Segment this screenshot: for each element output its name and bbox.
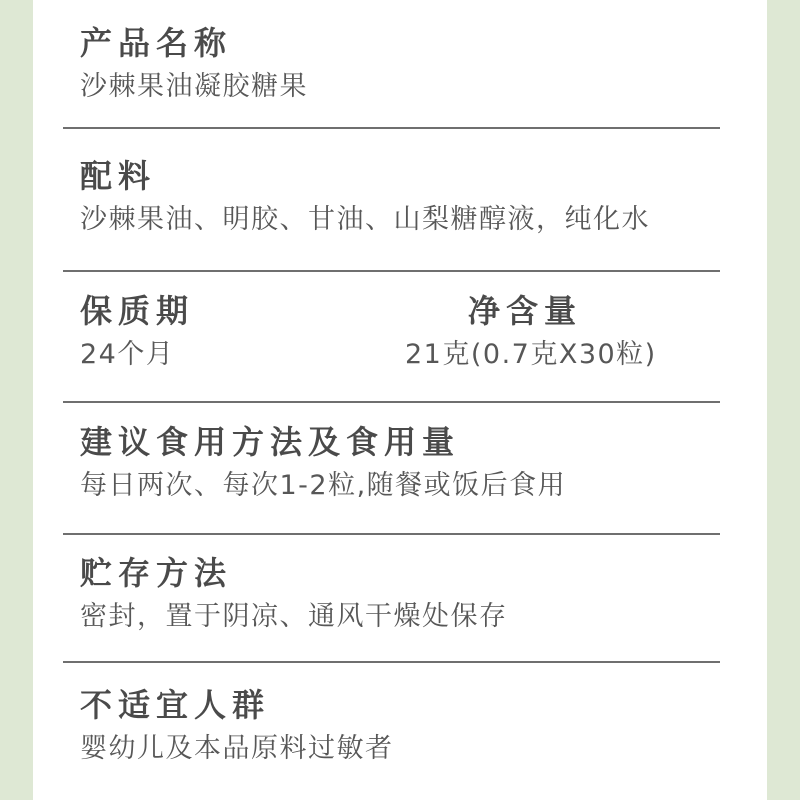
section-product-name: 产品名称 沙棘果油凝胶糖果: [63, 0, 720, 129]
net-content-value: 21克(0.7克X30粒): [405, 339, 645, 371]
usage-label: 建议食用方法及食用量: [63, 425, 720, 461]
section-ingredients: 配料 沙棘果油、明胶、甘油、山梨糖醇液，纯化水: [63, 129, 720, 272]
ingredients-value: 沙棘果油、明胶、甘油、山梨糖醇液，纯化水: [63, 204, 720, 236]
section-usage: 建议食用方法及食用量 每日两次、每次1-2粒,随餐或饭后食用: [63, 403, 720, 535]
section-unsuitable-groups: 不适宜人群 婴幼儿及本品原料过敏者: [63, 663, 720, 800]
unsuitable-groups-label: 不适宜人群: [63, 688, 720, 724]
usage-value: 每日两次、每次1-2粒,随餐或饭后食用: [63, 470, 720, 502]
section-storage: 贮存方法 密封，置于阴凉、通风干燥处保存: [63, 535, 720, 663]
product-name-label: 产品名称: [63, 26, 720, 62]
storage-label: 贮存方法: [63, 556, 720, 592]
product-spec-sheet: 产品名称 沙棘果油凝胶糖果 配料 沙棘果油、明胶、甘油、山梨糖醇液，纯化水 保质…: [0, 0, 800, 800]
product-name-value: 沙棘果油凝胶糖果: [63, 71, 720, 103]
unsuitable-groups-value: 婴幼儿及本品原料过敏者: [63, 733, 720, 765]
net-content-column: 净含量 21克(0.7克X30粒): [405, 294, 645, 371]
section-shelf-life-net-content: 保质期 24个月 净含量 21克(0.7克X30粒): [63, 272, 720, 403]
ingredients-label: 配料: [63, 159, 720, 195]
net-content-label: 净含量: [405, 294, 645, 330]
right-green-border: [767, 0, 800, 800]
spec-content: 产品名称 沙棘果油凝胶糖果 配料 沙棘果油、明胶、甘油、山梨糖醇液，纯化水 保质…: [63, 0, 720, 800]
storage-value: 密封，置于阴凉、通风干燥处保存: [63, 601, 720, 633]
left-green-border: [0, 0, 33, 800]
